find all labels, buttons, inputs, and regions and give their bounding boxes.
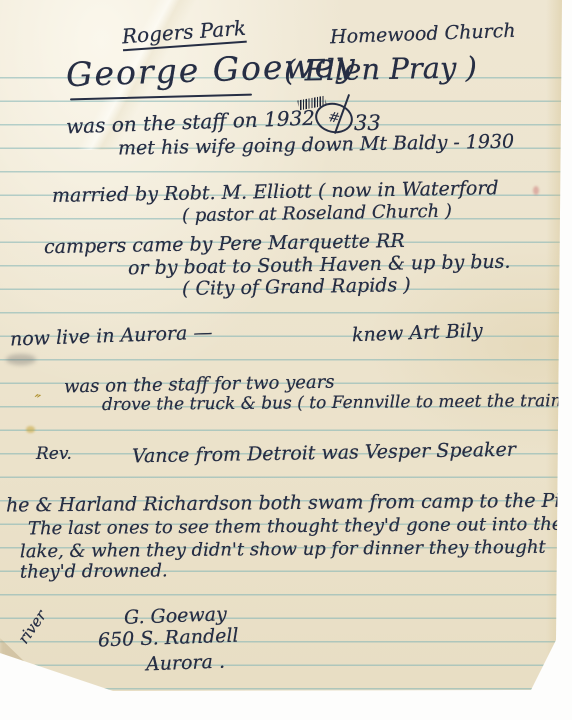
note-staff-years-suffix: 33 [354,111,381,135]
paper-sheet: Rogers Park Homewood Church George Goewe… [0,0,562,691]
spouse-name: ( Ellen Pray ) [284,50,477,87]
story-line-4: they'd drowned. [20,560,168,582]
note-steamer: ( City of Grand Rapids ) [182,274,411,300]
address-city: Aurora . [146,651,226,676]
header-church: Homewood Church [330,20,516,48]
scanned-note-page: Rogers Park Homewood Church George Goewe… [0,0,572,720]
pink-edge-mark [533,186,539,195]
note-rev: Rev. [36,444,72,464]
paper-edge-shading [546,0,562,691]
note-knew-bily: knew Art Bily [352,320,483,347]
note-drove-truck: drove the truck & bus ( to Fennville to … [102,391,572,415]
yellow-stain [26,426,35,433]
gray-smudge-stain [6,354,36,365]
